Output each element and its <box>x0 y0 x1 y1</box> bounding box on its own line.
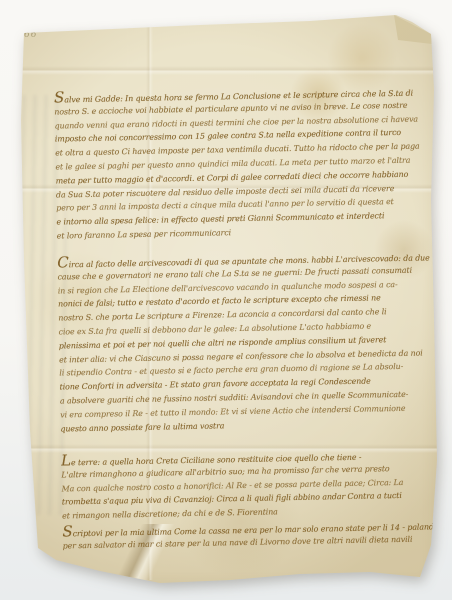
paragraph-4: Scriptovi per la mia ultima Come la cass… <box>62 518 440 553</box>
manuscript-paper: 66 Salve mi Gadde: In questa hora se fer… <box>0 0 452 600</box>
paragraph-2: Circa al facto delle arcivescovadi di qu… <box>57 249 438 436</box>
manuscript-shadow-wrap: 66 Salve mi Gadde: In questa hora se fer… <box>0 0 452 600</box>
photograph-background: 66 Salve mi Gadde: In questa hora se fer… <box>0 0 452 600</box>
letter-text: Salve mi Gadde: In questa hora se fermo … <box>0 0 452 600</box>
paragraph-3: Le terre: a quella hora Creta Ciciliane … <box>61 447 440 523</box>
paragraph-1: Salve mi Gadde: In questa hora se fermo … <box>54 84 435 243</box>
